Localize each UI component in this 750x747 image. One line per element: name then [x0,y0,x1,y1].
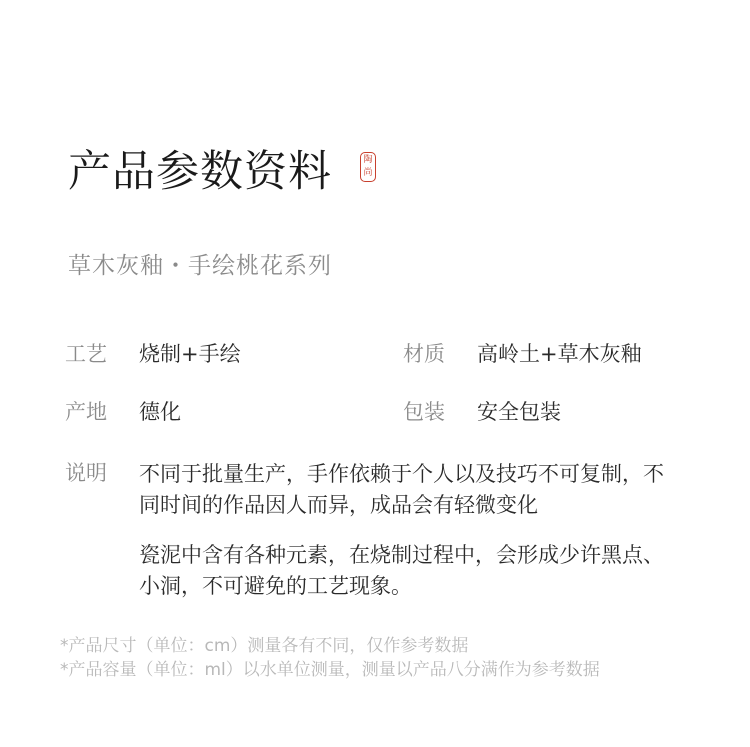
description-label: 说明 [65,458,107,488]
spec-value-craft: 烧制+手绘 [139,339,241,369]
spec-label-origin: 产地 [65,397,107,427]
series-subtitle: 草木灰釉・手绘桃花系列 [68,250,332,282]
page-title: 产品参数资料 [68,142,332,202]
spec-label-material: 材质 [403,339,445,369]
spec-label-craft: 工艺 [65,339,107,369]
description-paragraph-1: 不同于批量生产，手作依赖于个人以及技巧不可复制，不同时间的作品因人而异，成品会有… [139,459,679,521]
description-paragraph-2: 瓷泥中含有各种元素，在烧制过程中，会形成少许黑点、小洞，不可避免的工艺现象。 [139,540,679,602]
note-size: *产品尺寸（单位：cm）测量各有不同，仅作参考数据 [60,634,468,658]
spec-value-origin: 德化 [139,397,181,427]
spec-value-material: 高岭土+草木灰釉 [477,339,642,369]
spec-value-packaging: 安全包装 [477,397,561,427]
seal-stamp-icon: 陶尚 [360,152,376,182]
spec-label-packaging: 包装 [403,397,445,427]
note-capacity: *产品容量（单位：ml）以水单位测量，测量以产品八分满作为参考数据 [60,658,600,682]
